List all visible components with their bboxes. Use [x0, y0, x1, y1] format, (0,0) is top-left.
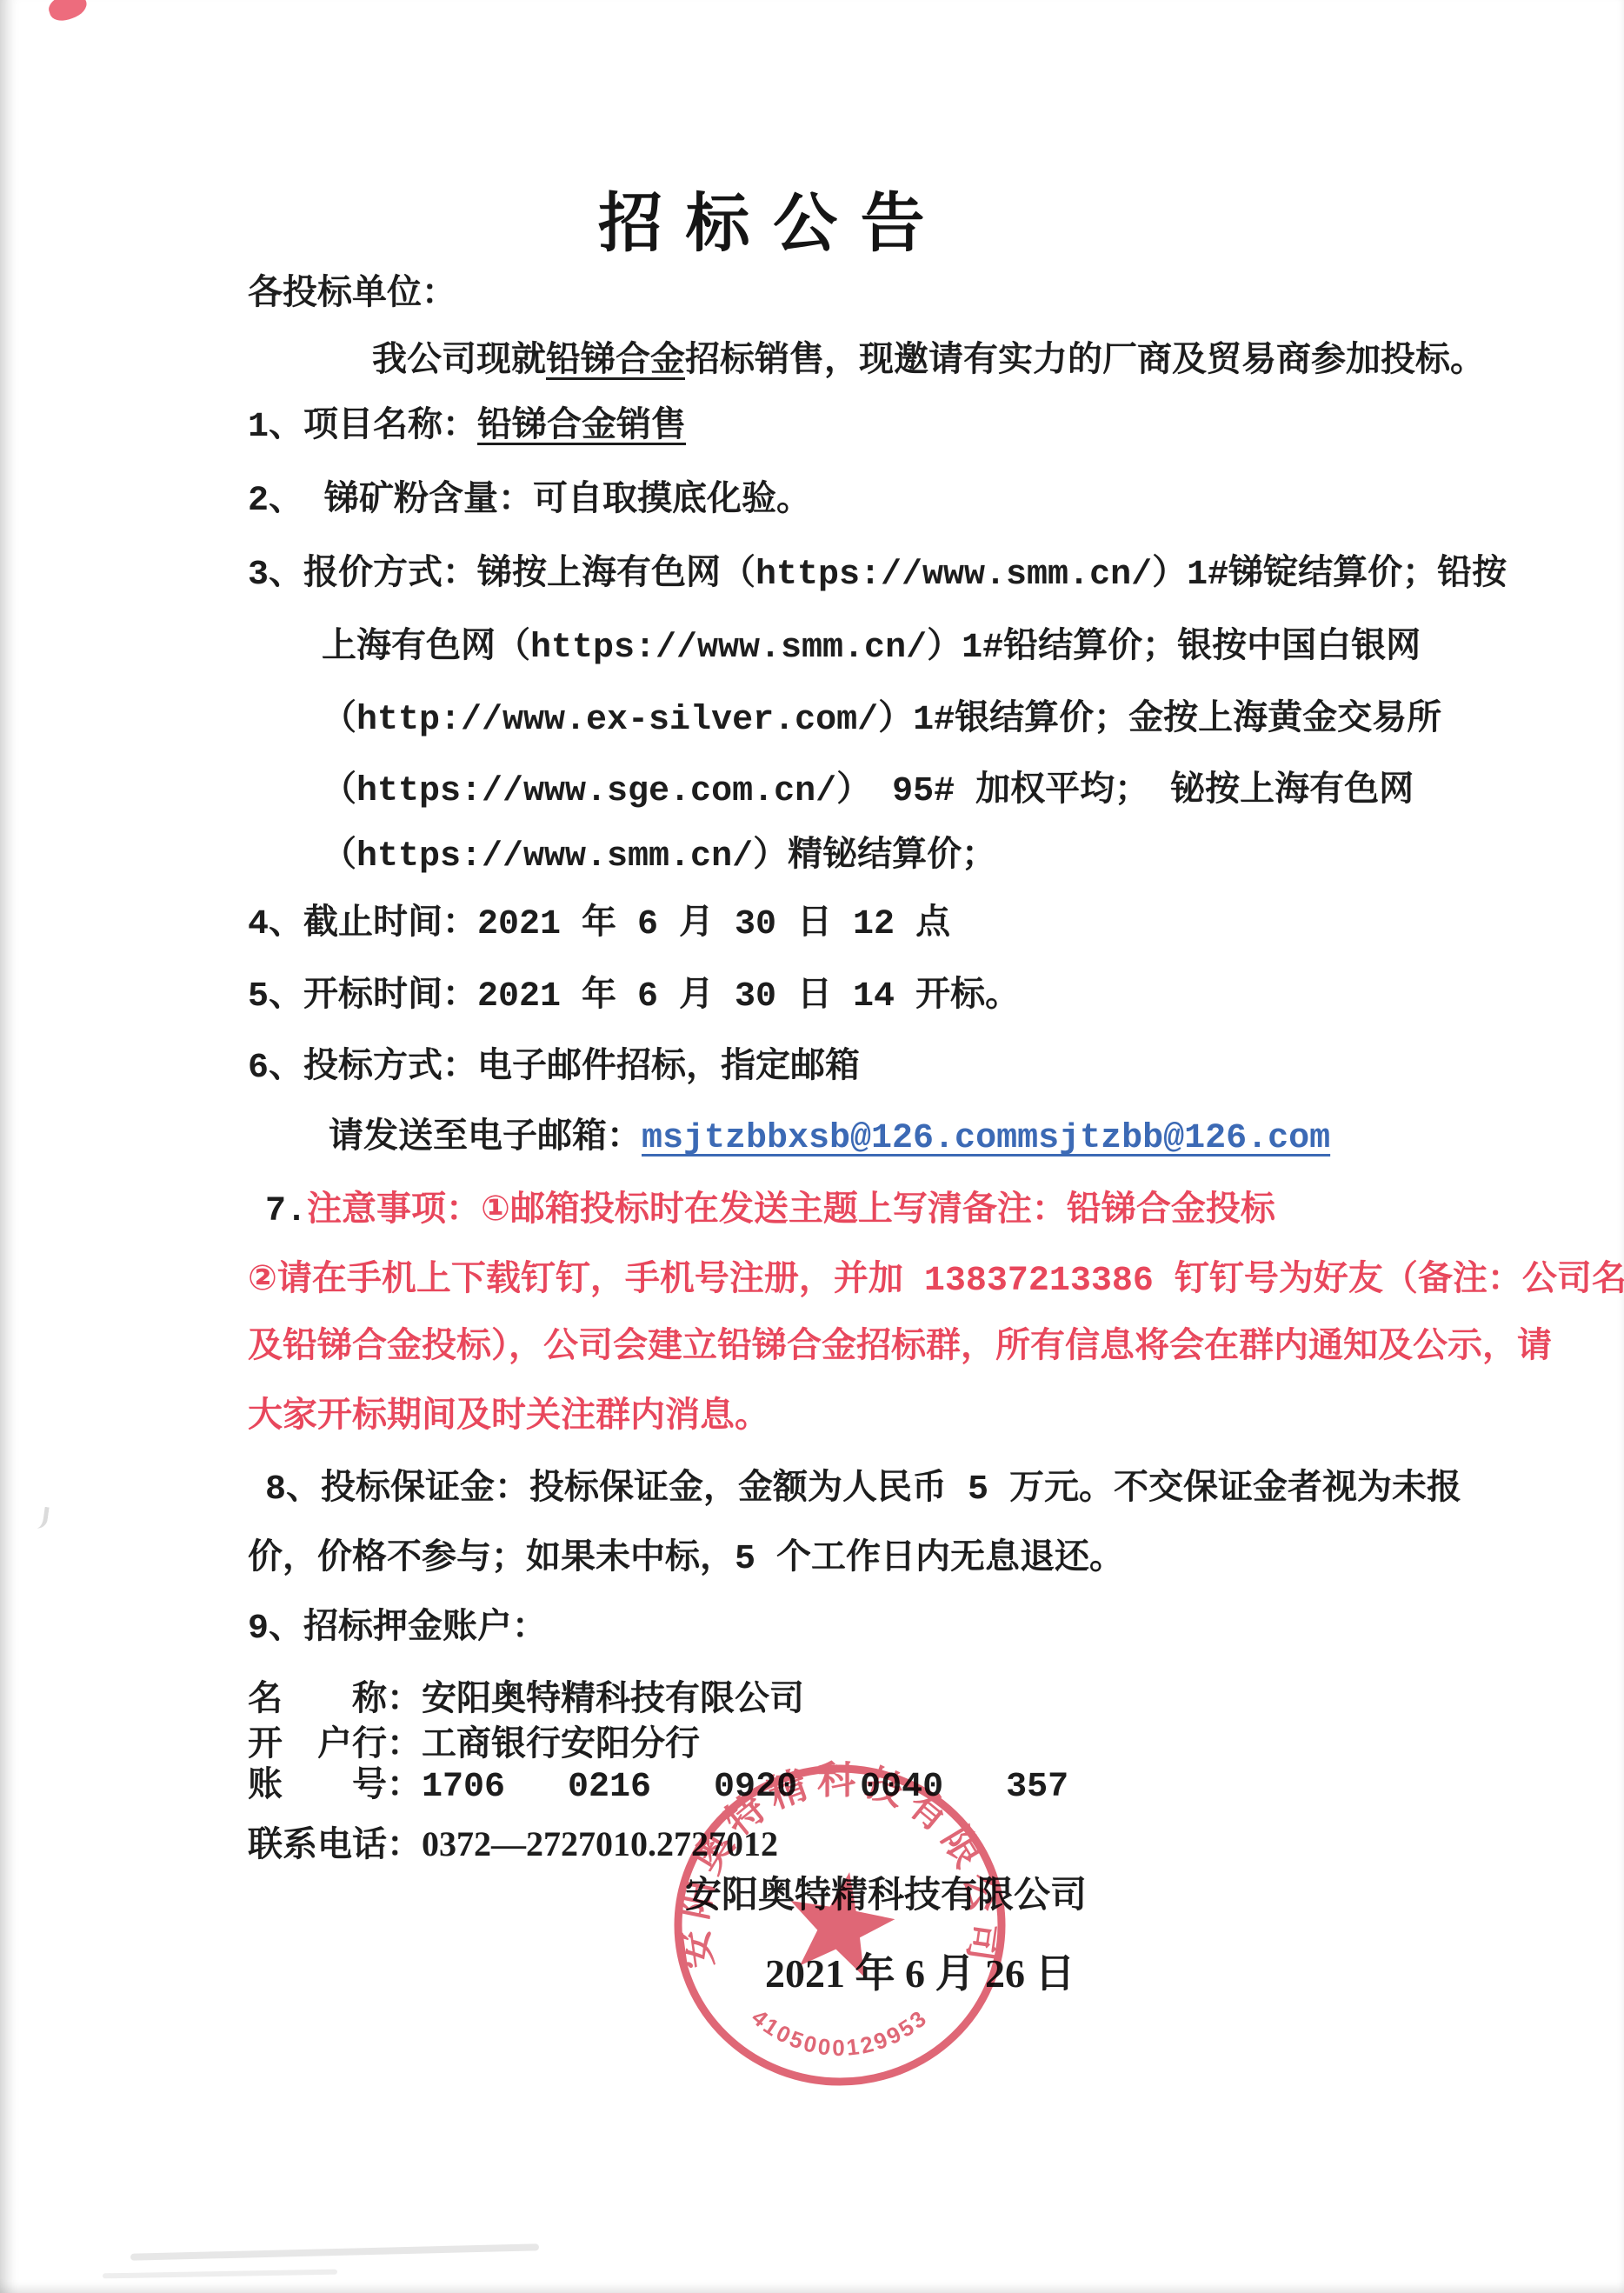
greeting-seg-0: 各投标单位：: [248, 276, 456, 315]
item-5-opening-time-seg-0: 5、开标时间：2021 年 6 月 30 日 14 开标。: [248, 977, 1020, 1017]
signature-date-seg-0: 2021 年 6 月 26 日: [765, 1951, 1075, 1996]
item-8-deposit-line-1-seg-0: 8、投标保证金：投标保证金，金额为人民币 5 万元。不交保证金者视为未报: [265, 1470, 1461, 1510]
signature-company-seg-0: 安阳奥特精科技有限公司: [685, 1876, 1087, 1918]
item-3-pricing-line-1-seg-0: 3、报价方式：锑按上海有色网（https://www.smm.cn/）1#锑锭结…: [248, 556, 1507, 595]
item-6-bid-method-seg-0: 6、投标方式：电子邮件招标，指定邮箱: [248, 1049, 860, 1088]
item-3-pricing-line-3-seg-0: （http://www.ex-silver.com/）1#银结算价；金按上海黄金…: [322, 701, 1441, 740]
intro-paragraph-seg-1: 铅锑合金: [546, 343, 685, 382]
item-8-deposit-line-1: 8、投标保证金：投标保证金，金额为人民币 5 万元。不交保证金者视为未报: [265, 1470, 1461, 1510]
item-5-opening-time: 5、开标时间：2021 年 6 月 30 日 14 开标。: [248, 977, 1020, 1017]
account-bank: 开 户行：工商银行安阳分行: [248, 1726, 700, 1767]
item-3-pricing-line-1: 3、报价方式：锑按上海有色网（https://www.smm.cn/）1#锑锭结…: [248, 555, 1507, 596]
account-name: 名 称：安阳奥特精科技有限公司: [248, 1681, 804, 1722]
item-9-account-header-seg-0: 9、招标押金账户：: [248, 1610, 547, 1649]
signature-company: 安阳奥特精科技有限公司: [685, 1876, 1087, 1920]
note-line-3: 及铅锑合金投标），公司会建立铅锑合金招标群，所有信息将会在群内通知及公示，请: [248, 1328, 1552, 1369]
intro-paragraph-seg-0: 我公司现就: [372, 343, 546, 382]
note-line-4-seg-0: 大家开标期间及时关注群内消息。: [248, 1398, 769, 1437]
item-8-deposit-line-2-seg-0: 价，价格不参与；如果未中标，5 个工作日内无息退还。: [248, 1540, 1124, 1579]
scan-gray-mark-artifact: [30, 1505, 49, 1530]
account-bank-seg-0: 开 户行：工商银行安阳分行: [248, 1727, 700, 1766]
signature-date: 2021 年 6 月 26 日: [765, 1950, 1075, 1997]
contact-phone-seg-0: 联系电话：0372—2727010.2727012: [248, 1824, 778, 1863]
page-title: 招 标 公 告: [598, 188, 928, 258]
note-line-3-seg-0: 及铅锑合金投标），公司会建立铅锑合金招标群，所有信息将会在群内通知及公示，请: [248, 1329, 1552, 1368]
account-number-seg-0: 账 号：1706 0216 0920 0040 357: [248, 1768, 1068, 1807]
item-8-deposit-line-2: 价，价格不参与；如果未中标，5 个工作日内无息退还。: [248, 1539, 1124, 1580]
contact-phone: 联系电话：0372—2727010.2727012: [248, 1823, 778, 1864]
item-4-deadline-seg-0: 4、截止时间：2021 年 6 月 30 日 12 点: [248, 905, 950, 944]
note-line-1-seg-1: 注意事项：①邮箱投标时在发送主题上写清备注：铅锑合金投标: [307, 1192, 1275, 1231]
account-name-seg-0: 名 称：安阳奥特精科技有限公司: [248, 1682, 804, 1721]
item-1-project-name-seg-1: 铅锑合金销售: [477, 408, 686, 447]
stamp-code-arc-text: 4105000129953: [747, 2004, 933, 2061]
account-number: 账 号：1706 0216 0920 0040 357: [248, 1767, 1068, 1808]
note-line-2-seg-0: ②请在手机上下载钉钉，手机号注册，并加 13837213386 钉钉号为好友（备…: [248, 1262, 1624, 1301]
email-line-seg-1-email-link[interactable]: msjtzbbxsb@126.commsjtzbb@126.com: [642, 1119, 1330, 1158]
scan-streak-artifact: [103, 2270, 337, 2279]
item-4-deadline: 4、截止时间：2021 年 6 月 30 日 12 点: [248, 904, 950, 945]
item-2-content: 2、 锑矿粉含量：可自取摸底化验。: [248, 481, 811, 522]
item-3-pricing-line-4-seg-0: （https://www.sge.com.cn/） 95# 加权平均； 铋按上海…: [322, 772, 1414, 811]
stamp-border: [678, 1769, 1002, 2082]
item-3-pricing-line-5-seg-0: （https://www.smm.cn/）精铋结算价；: [322, 837, 996, 877]
note-line-4: 大家开标期间及时关注群内消息。: [248, 1397, 769, 1438]
item-1-project-name-seg-0: 1、项目名称：: [248, 408, 477, 447]
email-line: 请发送至电子邮箱：msjtzbbxsb@126.commsjtzbb@126.c…: [329, 1118, 1330, 1159]
note-line-2: ②请在手机上下载钉钉，手机号注册，并加 13837213386 钉钉号为好友（备…: [248, 1261, 1624, 1302]
note-line-1-seg-0: 7.: [265, 1192, 307, 1231]
item-1-project-name: 1、项目名称：铅锑合金销售: [248, 407, 686, 448]
item-3-pricing-line-2-seg-0: 上海有色网（https://www.smm.cn/）1#铅结算价；银按中国白银网: [322, 629, 1421, 668]
item-9-account-header: 9、招标押金账户：: [248, 1609, 547, 1650]
intro-paragraph: 我公司现就铅锑合金招标销售，现邀请有实力的厂商及贸易商参加投标。: [372, 342, 1485, 383]
item-6-bid-method: 6、投标方式：电子邮件招标，指定邮箱: [248, 1048, 860, 1089]
greeting: 各投标单位：: [248, 275, 456, 316]
item-3-pricing-line-5: （https://www.smm.cn/）精铋结算价；: [322, 837, 996, 877]
intro-paragraph-seg-2: 招标销售，现邀请有实力的厂商及贸易商参加投标。: [685, 343, 1485, 382]
item-3-pricing-line-4: （https://www.sge.com.cn/） 95# 加权平均； 铋按上海…: [322, 771, 1414, 812]
scan-streak-artifact: [130, 2243, 539, 2260]
item-2-content-seg-0: 2、 锑矿粉含量：可自取摸底化验。: [248, 482, 811, 521]
item-3-pricing-line-3: （http://www.ex-silver.com/）1#银结算价；金按上海黄金…: [322, 700, 1441, 741]
scan-red-ink-artifact: [46, 0, 90, 24]
document-page: 招 标 公 告 各投标单位：我公司现就铅锑合金招标销售，现邀请有实力的厂商及贸易…: [0, 0, 1624, 2293]
item-3-pricing-line-2: 上海有色网（https://www.smm.cn/）1#铅结算价；银按中国白银网: [322, 628, 1421, 669]
email-line-seg-0: 请发送至电子邮箱：: [329, 1119, 642, 1158]
note-line-1: 7.注意事项：①邮箱投标时在发送主题上写清备注：铅锑合金投标: [265, 1191, 1275, 1232]
